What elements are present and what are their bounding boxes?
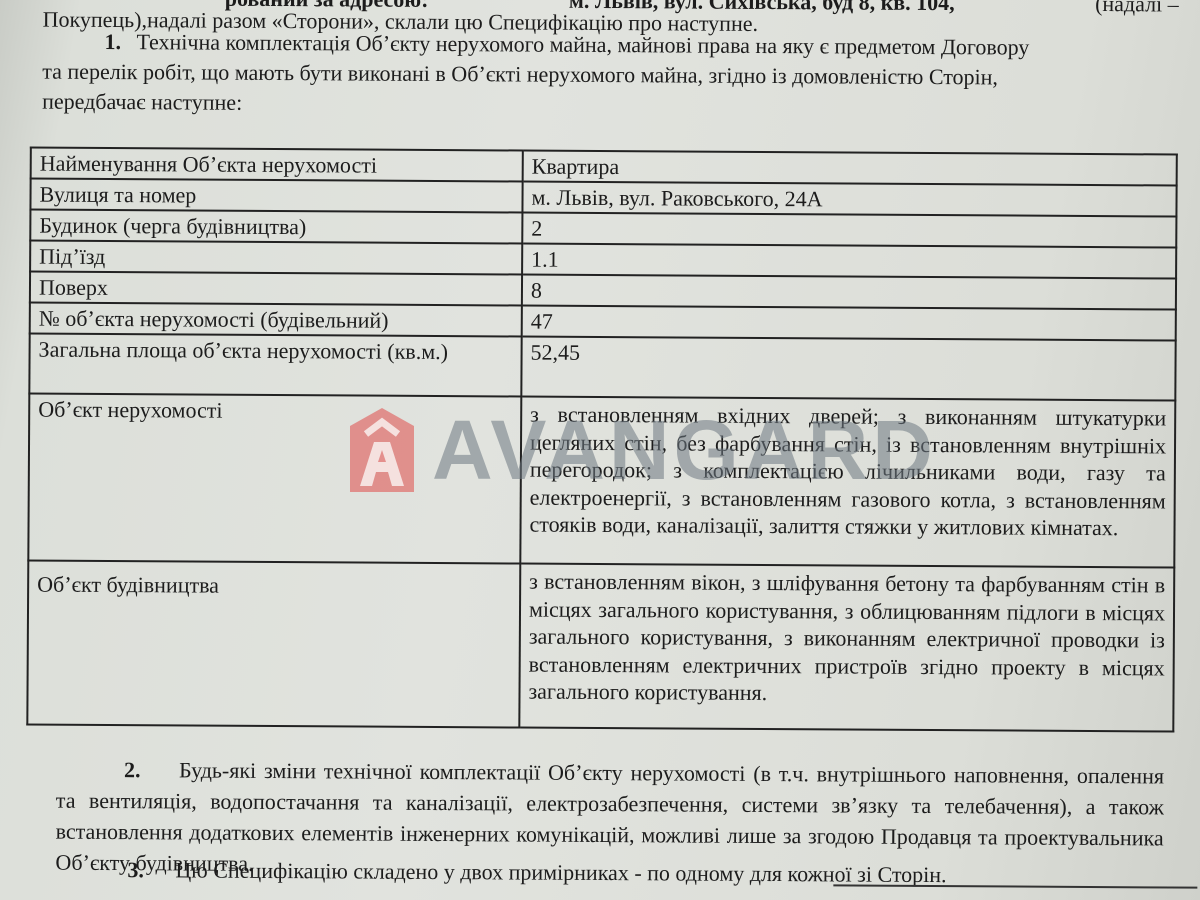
row-value: м. Львів, вул. Раковського, 24А (522, 182, 1176, 217)
clause3-line: 3. Цю Специфікацію складено у двох примі… (127, 857, 946, 888)
row-label: Загальна площа об’єкта нерухомості (кв.м… (29, 334, 521, 397)
row-value: 52,45 (521, 337, 1175, 401)
row-label: Під’їзд (30, 241, 522, 275)
clause3-text: Цю Специфікацію складено у двох примірни… (175, 857, 946, 887)
row-value: 47 (522, 306, 1176, 341)
clause1-line2: та перелік робіт, що мають бути виконані… (42, 59, 998, 91)
row-value: 8 (522, 275, 1176, 310)
row-label: Найменування Об’єкта нерухомості (31, 148, 523, 182)
table-row: Об’єкт будівництва з встановленням вікон… (27, 561, 1174, 732)
clause1-line1: Технічна комплектація Об’єкту нерухомого… (136, 29, 1029, 59)
row-value: з встановленням вікон, з шліфування бето… (519, 564, 1174, 732)
row-label: Вулиця та номер (30, 179, 522, 213)
clause1-line3: передбачає наступне: (42, 89, 242, 116)
row-value: Квартира (523, 151, 1177, 186)
table-row: Загальна площа об’єкта нерухомості (кв.м… (29, 334, 1175, 401)
table-top-border-partial (833, 884, 1197, 888)
specification-table: Найменування Об’єкта нерухомості Квартир… (26, 147, 1178, 733)
row-value: з встановленням вхідних дверей; з викона… (520, 397, 1175, 568)
table-row: Об’єкт нерухомості з встановленням вхідн… (28, 394, 1175, 568)
row-label: Будинок (черга будівництва) (30, 210, 522, 244)
row-label: № об’єкта нерухомості (будівельний) (30, 303, 522, 337)
clause1-first-line: 1. Технічна комплектація Об’єкту нерухом… (104, 29, 1029, 61)
row-label: Поверх (30, 272, 522, 306)
row-value: 2 (522, 213, 1176, 248)
row-label: Об’єкт нерухомості (28, 394, 521, 564)
clause1-number: 1. (104, 29, 121, 54)
header-partial-tail: (надалі – (1095, 0, 1179, 18)
row-label: Об’єкт будівництва (27, 561, 520, 728)
document-page: рований за адресою: м. Львів, вул. Сихів… (0, 0, 1200, 900)
clause2-number: 2. (124, 754, 179, 785)
clause3-number: 3. (127, 857, 144, 882)
row-value: 1.1 (522, 244, 1176, 279)
